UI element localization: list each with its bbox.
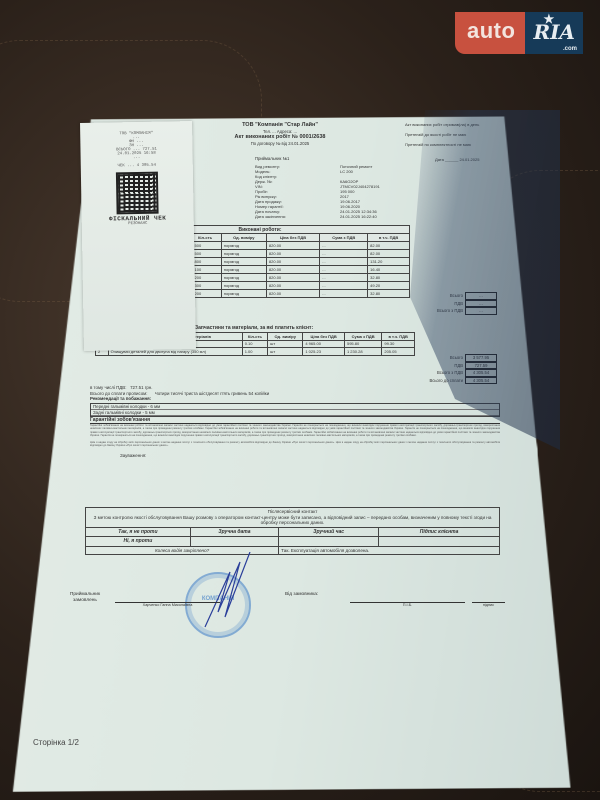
document-header: ТОВ "Компанія "Стар Лайн" Тел. ... Адрес…: [185, 122, 375, 146]
table-cell: ...: [320, 266, 368, 274]
table-cell: 49.20: [368, 282, 410, 290]
table-cell: ...: [320, 250, 368, 258]
table-header: в т.ч. ПДВ: [368, 234, 410, 242]
total-label: ПДВ: [454, 301, 463, 306]
table-cell: нормгод: [221, 274, 266, 282]
total-row: Всього з ПДВ4 305.54: [429, 369, 497, 377]
table-cell: 32.80: [368, 290, 410, 298]
table-cell: нормгод: [221, 282, 266, 290]
table-cell: 820.00: [266, 282, 319, 290]
table-cell: 16.40: [368, 266, 410, 274]
act-title: Акт виконаних робіт № 0001/2638: [185, 134, 375, 141]
watermark-ria: ★ RIA .com: [525, 12, 583, 54]
recommendations-list: Передні гальмівні колодки - 6 мм Задні г…: [90, 403, 500, 417]
parts-title: Запчастини та матеріали, за які платить …: [195, 325, 313, 331]
table-header: в т.ч. ПДВ: [382, 333, 415, 341]
total-label: Всього з ПДВ: [437, 308, 463, 313]
car-info-value: 24.01.2025 16:22:40: [340, 214, 377, 219]
total-row: Всього3 577.95: [429, 354, 497, 362]
table-cell: нормгод: [221, 250, 266, 258]
act-subtitle: По договору № від 24.01.2025: [185, 141, 375, 146]
total-value: ...: [465, 307, 497, 315]
table-cell: ...: [320, 290, 368, 298]
autoria-watermark: auto ★ RIA .com: [455, 12, 583, 54]
table-header: Ціна без ПДВ: [303, 333, 345, 341]
table-cell: 820.00: [266, 274, 319, 282]
parts-totals: Всього3 577.95ПДВ727.59Всього з ПДВ4 305…: [429, 354, 497, 384]
total-value: 4 305.54: [465, 369, 497, 377]
car-info-row: Дата закінчення:24.01.2025 16:22:40: [255, 214, 495, 219]
total-row: ПДВ...: [437, 300, 497, 308]
total-row: Всього до сплати4 305.54: [429, 377, 497, 385]
receipt-line: ...: [81, 155, 193, 161]
works-totals: Всього...ПДВ...Всього з ПДВ...: [437, 292, 497, 315]
receipt-total: ЧЕК ... 4 305.54: [81, 163, 193, 169]
table-cell: ...: [320, 258, 368, 266]
table-header: Кіл-сть: [242, 333, 267, 341]
table-header: Од. виміру: [268, 333, 303, 341]
total-value: ...: [465, 292, 497, 300]
total-label: Всього з ПДВ: [437, 370, 463, 375]
table-cell: 32.80: [368, 274, 410, 282]
star-icon: ★: [543, 12, 554, 26]
table-cell: 820.00: [266, 250, 319, 258]
table-cell: 820.00: [266, 242, 319, 250]
total-row: Всього з ПДВ...: [437, 307, 497, 315]
car-info-key: Дата закінчення:: [255, 214, 340, 219]
table-header: Од. виміру: [221, 234, 266, 242]
table-cell: 131.20: [368, 258, 410, 266]
table-cell: шт: [268, 348, 303, 356]
total-value: 4 305.54: [465, 377, 497, 385]
total-row: ПДВ727.59: [429, 362, 497, 370]
receipt-lines: ТОВ "КОМПАНІЯ"...ФН ...ЗН ...ВСЬОГО ... …: [80, 121, 193, 161]
right-notes: Акт виконаних робіт отримав(ла) в день П…: [405, 122, 505, 162]
table-cell: 820.00: [266, 290, 319, 298]
table-cell: 82.00: [368, 250, 410, 258]
total-value: 727.59: [465, 362, 497, 370]
guarantee-text: Гарантійні зобов'язання на виконані робо…: [90, 424, 500, 438]
table-cell: 1.00: [242, 348, 267, 356]
car-info-value: LC 200: [340, 169, 353, 174]
recommendations-title: Рекомендації та побажання:: [90, 396, 500, 402]
car-info: Вид ремонту:Поточний ремонтМодель:LC 200…: [255, 164, 495, 219]
receiver-label: Приймальник №1: [255, 156, 289, 161]
receipt-operator: РЕЗОНАНС: [82, 221, 194, 227]
table-cell: нормгод: [221, 290, 266, 298]
vat-amount: 727.51 грн.: [130, 385, 152, 390]
total-label: Всього: [450, 355, 463, 360]
table-cell: нормгод: [221, 242, 266, 250]
table-cell: 82.00: [368, 242, 410, 250]
consent-text: Цим я надаю згоду на обробку моїх персон…: [90, 441, 500, 448]
table-header: Сума з ПДВ: [344, 333, 381, 341]
fiscal-receipt: ТОВ "КОМПАНІЯ"...ФН ...ЗН ...ВСЬОГО ... …: [80, 121, 196, 351]
table-cell: шт: [268, 340, 303, 348]
page-number: Сторінка 1/2: [33, 738, 79, 748]
table-cell: 0.10: [242, 340, 267, 348]
table-cell: 1 230.28: [344, 348, 381, 356]
remarks-label: Зауваження:: [90, 453, 500, 459]
table-header: Ціна без ПДВ: [266, 234, 319, 242]
table-cell: нормгод: [221, 258, 266, 266]
table-cell: 820.00: [266, 258, 319, 266]
table-header: Сума з ПДВ: [320, 234, 368, 242]
table-cell: ...: [320, 282, 368, 290]
table-cell: нормгод: [221, 266, 266, 274]
total-label: Всього: [450, 293, 463, 298]
signature-scribble: [200, 552, 260, 632]
total-value: 3 577.95: [465, 354, 497, 362]
total-label: Всього до сплати: [429, 378, 463, 383]
post-service-contact: Післясервісний контакт З метою контролю …: [85, 507, 500, 555]
table-cell: 820.00: [266, 266, 319, 274]
total-in-words: Чотири тисячі триста шістдесят п'ять гри…: [155, 391, 269, 396]
table-cell: 205.05: [382, 348, 415, 356]
watermark-auto: auto: [455, 12, 525, 54]
company-name: ТОВ "Компанія "Стар Лайн": [185, 122, 375, 129]
table-cell: 99.30: [382, 340, 415, 348]
table-cell: 595.80: [344, 340, 381, 348]
total-label: ПДВ: [454, 363, 463, 368]
table-cell: ...: [320, 274, 368, 282]
summary-section: в тому числі ПДВ: 727.51 грн. Всього до …: [90, 385, 500, 458]
guarantee-title: Гарантійні зобов'язання: [90, 417, 500, 424]
table-cell: 1 025.23: [303, 348, 345, 356]
total-value: ...: [465, 300, 497, 308]
qr-code-icon: [118, 174, 157, 213]
table-cell: ...: [320, 242, 368, 250]
total-row: Всього...: [437, 292, 497, 300]
table-cell: 4 965.00: [303, 340, 345, 348]
